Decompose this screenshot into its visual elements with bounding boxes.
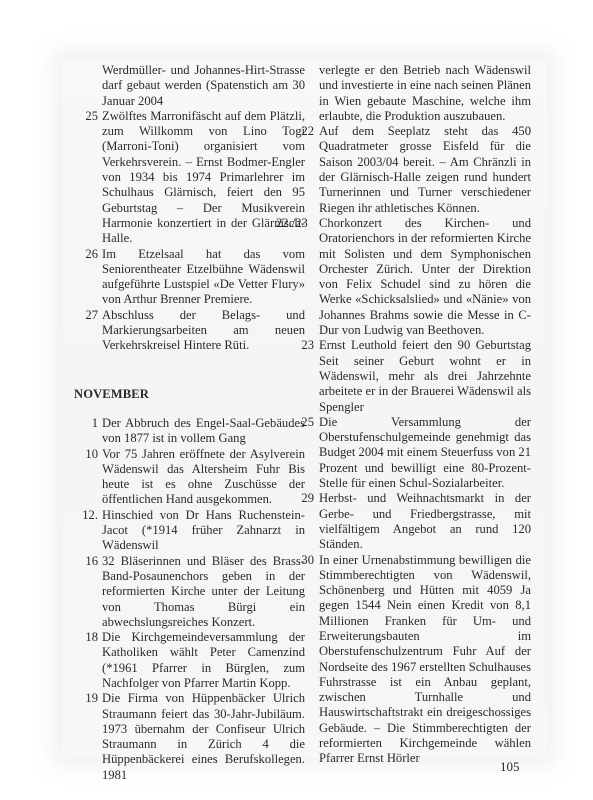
entry-day: 30 xyxy=(290,553,314,568)
right-column: verlegte er den Betrieb nach Wädenswil u… xyxy=(300,63,531,767)
chronicle-entry: 26 Im Etzelsaal hat das vom Seniorenthea… xyxy=(88,247,305,308)
entry-day: 25 xyxy=(290,415,314,430)
entry-text: Abschluss der Belags- und Markierungsarb… xyxy=(102,308,305,353)
entry-day: 27 xyxy=(74,308,98,323)
entry-day: 1 xyxy=(74,416,98,431)
chronicle-entry: 10 Vor 75 Jahren eröffnete der Asylverei… xyxy=(88,447,305,508)
entry-day: 12. xyxy=(74,508,98,523)
entry-text: Die Firma von Hüppenbäcker Ulrich Straum… xyxy=(102,691,305,781)
chronicle-entry: 29 Herbst- und Weihnachtsmarkt in der Ge… xyxy=(300,491,531,552)
entry-text: Vor 75 Jahren eröffnete der Asylverein W… xyxy=(102,447,305,507)
entry-text: Der Abbruch des Engel-Saal-Gebäudes von … xyxy=(102,416,305,445)
page-number: 105 xyxy=(500,759,520,775)
entry-day: 22./23 xyxy=(276,216,314,231)
entry-day: 22 xyxy=(290,124,314,139)
entry-text: Im Etzelsaal hat das vom Seniorentheater… xyxy=(102,247,305,307)
entry-day: 25 xyxy=(74,109,98,124)
chronicle-entry: 1 Der Abbruch des Engel-Saal-Gebäudes vo… xyxy=(88,416,305,447)
entry-day: 26 xyxy=(74,247,98,262)
chronicle-entry: 18 Die Kirchgemeindeversammlung der Kath… xyxy=(88,630,305,691)
chronicle-entry: 22./23 Chorkonzert des Kirchen- und Orat… xyxy=(300,216,531,338)
entry-day: 16 xyxy=(74,554,98,569)
entry-text: Herbst- und Weihnachtsmarkt in der Gerbe… xyxy=(319,491,531,551)
continuation-text: Werdmüller- und Johannes-Hirt-Strasse da… xyxy=(88,63,305,109)
month-heading: NOVEMBER xyxy=(74,387,305,402)
entry-text: Chorkonzert des Kirchen- und Oratoriench… xyxy=(319,216,531,337)
chronicle-entry: 12. Hinschied von Dr Hans Ruchenstein-Ja… xyxy=(88,508,305,554)
entry-day: 18 xyxy=(74,630,98,645)
entry-day: 23 xyxy=(290,338,314,353)
chronicle-entry: 27 Abschluss der Belags- und Markierungs… xyxy=(88,308,305,354)
entry-text: Zwölftes Marronifäscht auf dem Plätzli, … xyxy=(102,109,305,245)
left-column: Werdmüller- und Johannes-Hirt-Strasse da… xyxy=(88,63,305,783)
entry-day: 10 xyxy=(74,447,98,462)
chronicle-entry: 16 32 Bläserinnen und Bläser des Brass-B… xyxy=(88,554,305,630)
entry-text: 32 Bläserinnen und Bläser des Brass-Band… xyxy=(102,554,305,629)
chronicle-entry: 22 Auf dem Seeplatz steht das 450 Quadra… xyxy=(300,124,531,216)
chronicle-entry: 25 Die Versammlung der Oberstufenschulge… xyxy=(300,415,531,491)
continuation-text: verlegte er den Betrieb nach Wädenswil u… xyxy=(300,63,531,124)
entry-text: Die Kirchgemeindeversammlung der Katholi… xyxy=(102,630,305,690)
entry-text: Auf dem Seeplatz steht das 450 Quadratme… xyxy=(319,124,531,214)
entry-day: 29 xyxy=(290,491,314,506)
chronicle-entry: 30 In einer Urnenabstimmung bewilligen d… xyxy=(300,553,531,767)
chronicle-entry: 19 Die Firma von Hüppenbäcker Ulrich Str… xyxy=(88,691,305,783)
entry-day: 19 xyxy=(74,691,98,706)
chronicle-entry: 23 Ernst Leuthold feiert den 90 Geburtst… xyxy=(300,338,531,414)
entry-text: In einer Urnenabstimmung bewilligen die … xyxy=(319,553,531,766)
entry-text: Hinschied von Dr Hans Ruchenstein-Jacot … xyxy=(102,508,305,553)
chronicle-entry: 25 Zwölftes Marronifäscht auf dem Plätzl… xyxy=(88,109,305,247)
entry-text: Die Versammlung der Oberstufenschulgemei… xyxy=(319,415,531,490)
entry-text: Ernst Leuthold feiert den 90 Geburtstag … xyxy=(319,338,531,413)
